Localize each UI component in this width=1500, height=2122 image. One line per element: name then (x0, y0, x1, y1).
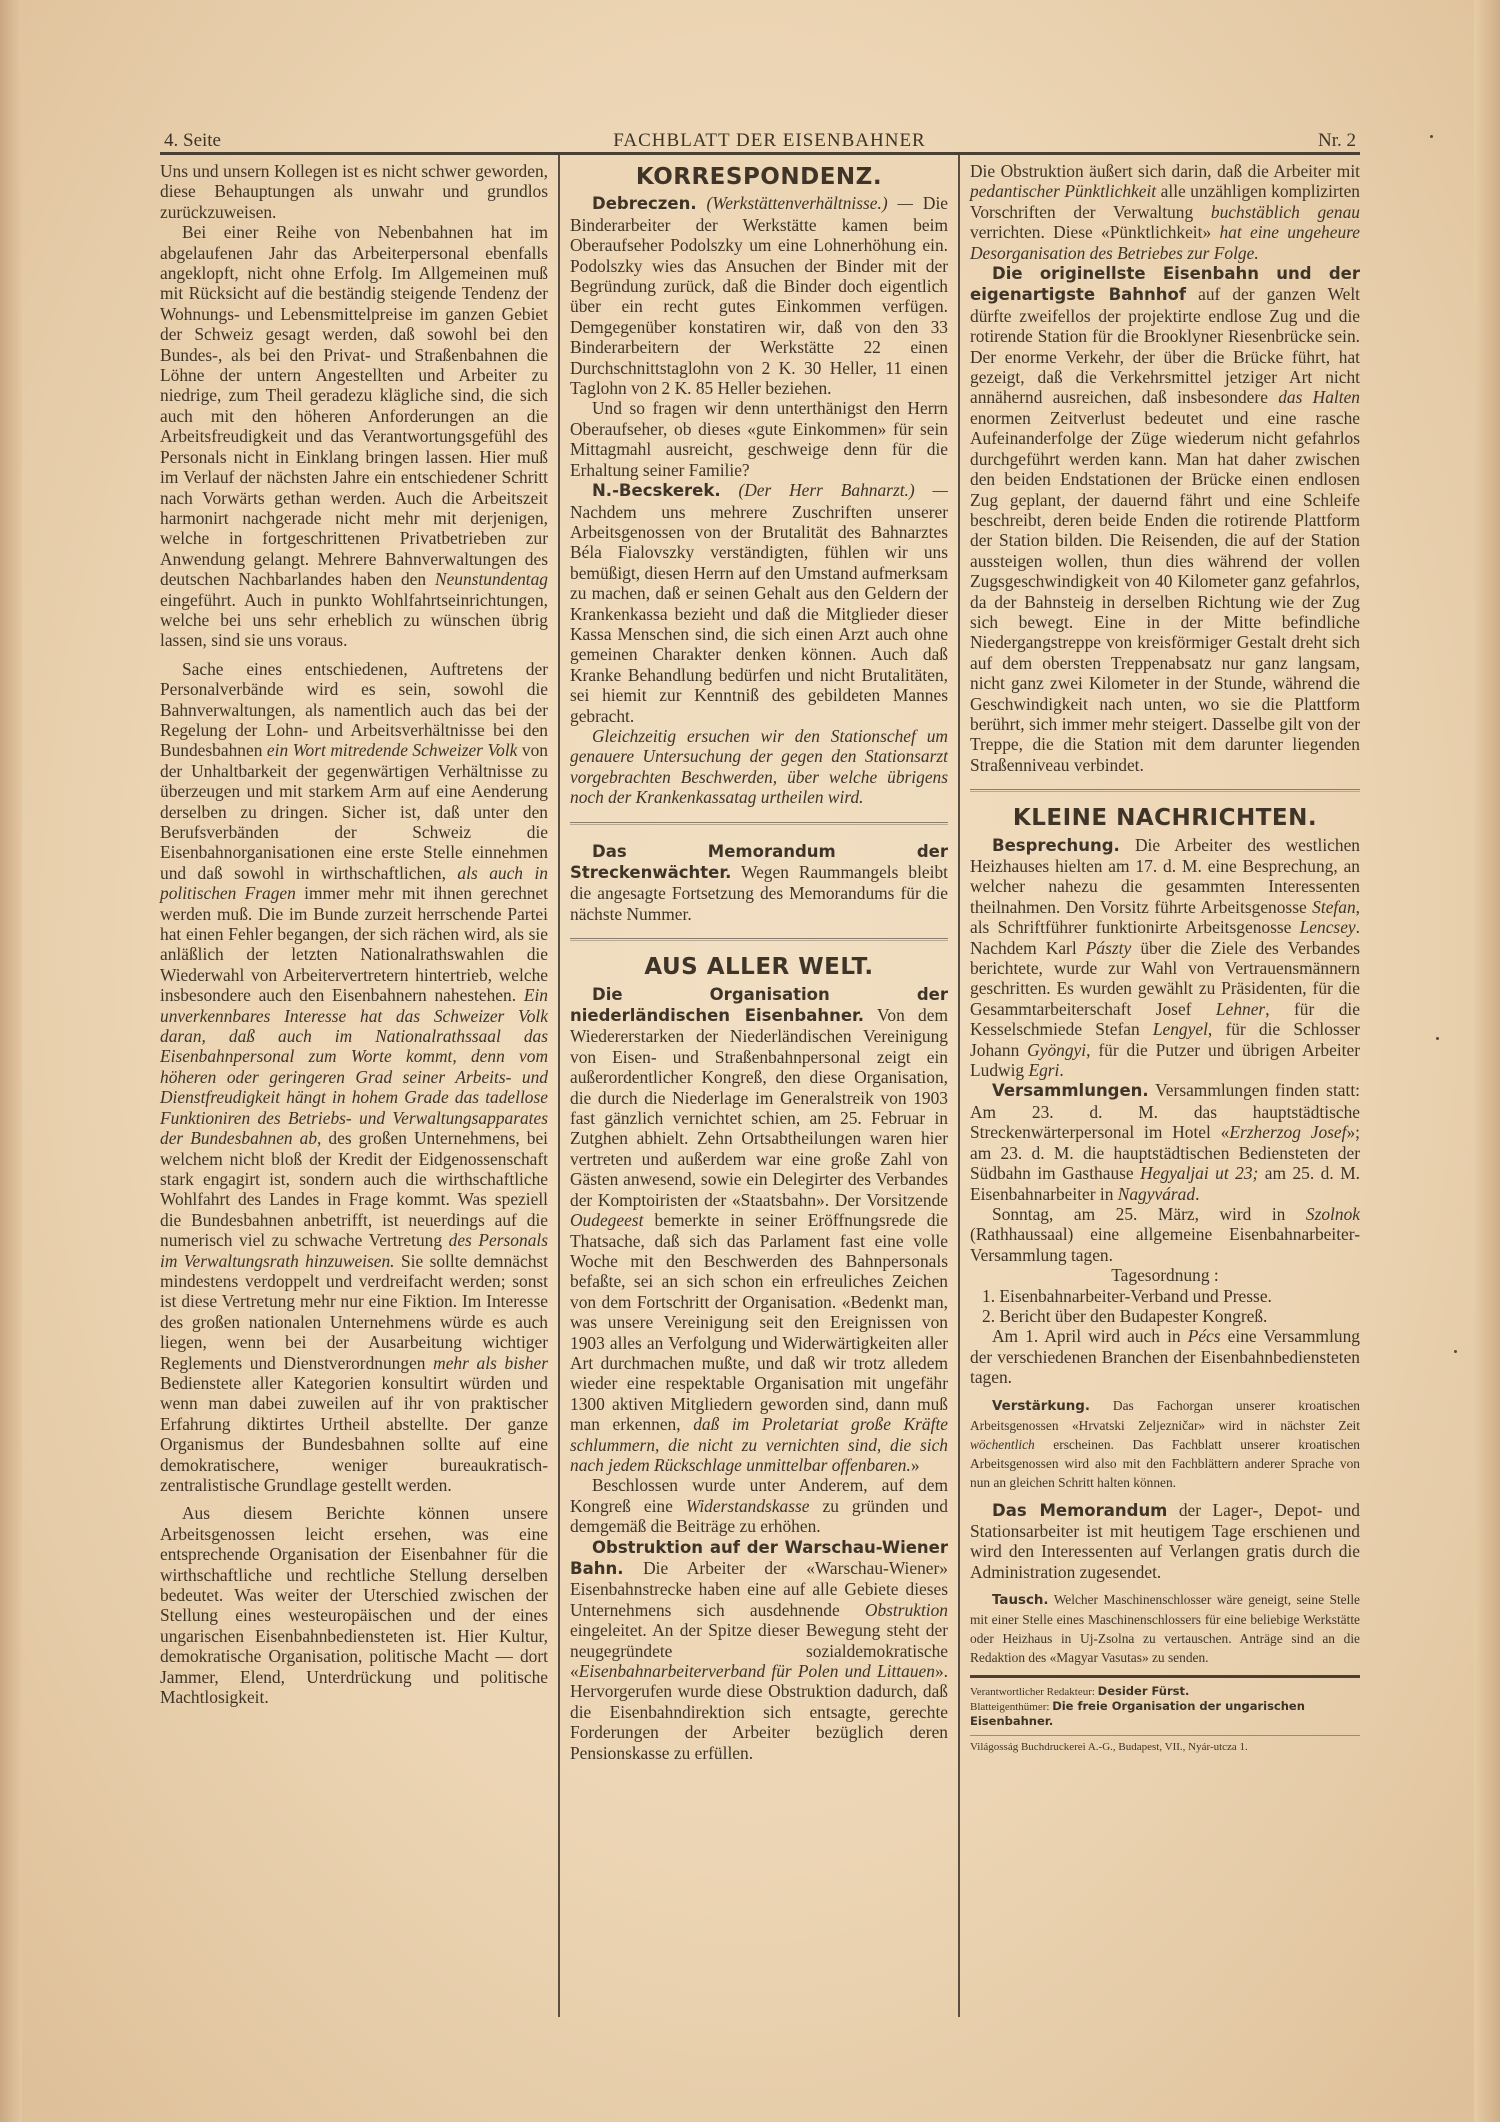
paragraph: Sonntag, am 25. März, wird in Szolnok (R… (970, 1204, 1360, 1265)
article-memorandum-2: Das Memorandum der Lager-, Depot- und St… (970, 1500, 1360, 1583)
paragraph: Bei einer Reihe von Nebenbahnen hat im a… (160, 222, 548, 651)
issue-number: Nr. 2 (1318, 130, 1356, 152)
section-divider (970, 789, 1360, 792)
agenda-title: Tagesordnung : (970, 1265, 1360, 1285)
article-besprechung: Besprechung. Die Arbeiter des westlichen… (970, 835, 1360, 1081)
article-heading: N.-Becskerek. (592, 481, 721, 500)
column-1: Uns und unsern Kollegen ist es nicht sch… (160, 155, 560, 2017)
paragraph: Uns und unsern Kollegen ist es nicht sch… (160, 161, 548, 222)
article-heading: Versammlungen. (992, 1081, 1149, 1100)
article-heading: Besprechung. (992, 836, 1120, 855)
article-warschau: Obstruktion auf der Warschau-Wiener Bahn… (570, 1537, 948, 1763)
section-divider (570, 938, 948, 941)
article-heading: Das Memorandum (992, 1501, 1167, 1520)
article-niederlande: Die Organisation der niederländischen Ei… (570, 984, 948, 1476)
section-title-kleine-nachrichten: KLEINE NACHRICHTEN. (970, 808, 1360, 828)
article-becskerek: N.-Becskerek. (Der Herr Bahnarzt.) — Nac… (570, 480, 948, 726)
article-heading: Debreczen. (592, 194, 697, 213)
article-heading: Tausch. (992, 1593, 1049, 1608)
article-bahnhof: Die originellste Eisenbahn und der eigen… (970, 263, 1360, 775)
article-memorandum: Das Memorandum der Streckenwächter. Wege… (570, 841, 948, 925)
imprint-owner: Blatteigenthümer: Die freie Organisation… (970, 1699, 1360, 1729)
agenda-item: 2. Bericht über den Budapester Kongreß. (970, 1306, 1360, 1326)
column-2: KORRESPONDENZ. Debreczen. (Werkstättenve… (560, 155, 960, 2017)
page-edge-right (1474, 0, 1500, 2122)
agenda-item: 1. Eisenbahnarbeiter-Verband und Presse. (970, 1286, 1360, 1306)
section-title-korrespondenz: KORRESPONDENZ. (570, 167, 948, 187)
columns: Uns und unsern Kollegen ist es nicht sch… (160, 155, 1360, 2017)
article-heading: Verstärkung. (992, 1399, 1090, 1414)
paper-speck (1430, 135, 1433, 138)
paper-speck (1436, 1037, 1439, 1040)
imprint-printer: Világosság Buchdruckerei A.-G., Budapest… (970, 1740, 1360, 1754)
column-3: Die Obstruktion äußert sich darin, daß d… (960, 155, 1360, 2017)
page-edge-left (0, 0, 22, 2122)
paragraph: Aus diesem Berichte können unsere Arbeit… (160, 1503, 548, 1707)
paragraph: Die Obstruktion äußert sich darin, daß d… (970, 161, 1360, 263)
paper-speck (1454, 1350, 1457, 1353)
paragraph: Sache eines entschiedenen, Auftretens de… (160, 659, 548, 1496)
paragraph: Und so fragen wir denn unterthänigst den… (570, 398, 948, 480)
page-number: 4. Seite (164, 130, 221, 152)
section-divider (570, 822, 948, 825)
article-debreczen: Debreczen. (Werkstättenverhältnisse.) — … (570, 193, 948, 398)
article-verstaerkung: Verstärkung. Das Fachorgan unserer kroat… (970, 1396, 1360, 1492)
newspaper-page: 4. Seite FACHBLATT DER EISENBAHNER Nr. 2… (160, 118, 1360, 2017)
paragraph: Beschlossen wurde unter Anderem, auf dem… (570, 1475, 948, 1536)
article-tausch: Tausch. Welcher Maschinenschlosser wäre … (970, 1590, 1360, 1667)
imprint-editor: Verantwortlicher Redakteur: Desider Fürs… (970, 1684, 1360, 1699)
paragraph: Gleichzeitig ersuchen wir den Stationsch… (570, 726, 948, 808)
article-versammlungen: Versammlungen. Versammlungen finden stat… (970, 1080, 1360, 1203)
imprint-divider (970, 1735, 1360, 1736)
publication-title: FACHBLATT DER EISENBAHNER (613, 130, 925, 152)
running-header: 4. Seite FACHBLATT DER EISENBAHNER Nr. 2 (160, 118, 1360, 152)
imprint-rule (970, 1675, 1360, 1678)
section-title-aus-aller-welt: AUS ALLER WELT. (570, 957, 948, 977)
paragraph: Am 1. April wird auch in Pécs eine Versa… (970, 1326, 1360, 1387)
